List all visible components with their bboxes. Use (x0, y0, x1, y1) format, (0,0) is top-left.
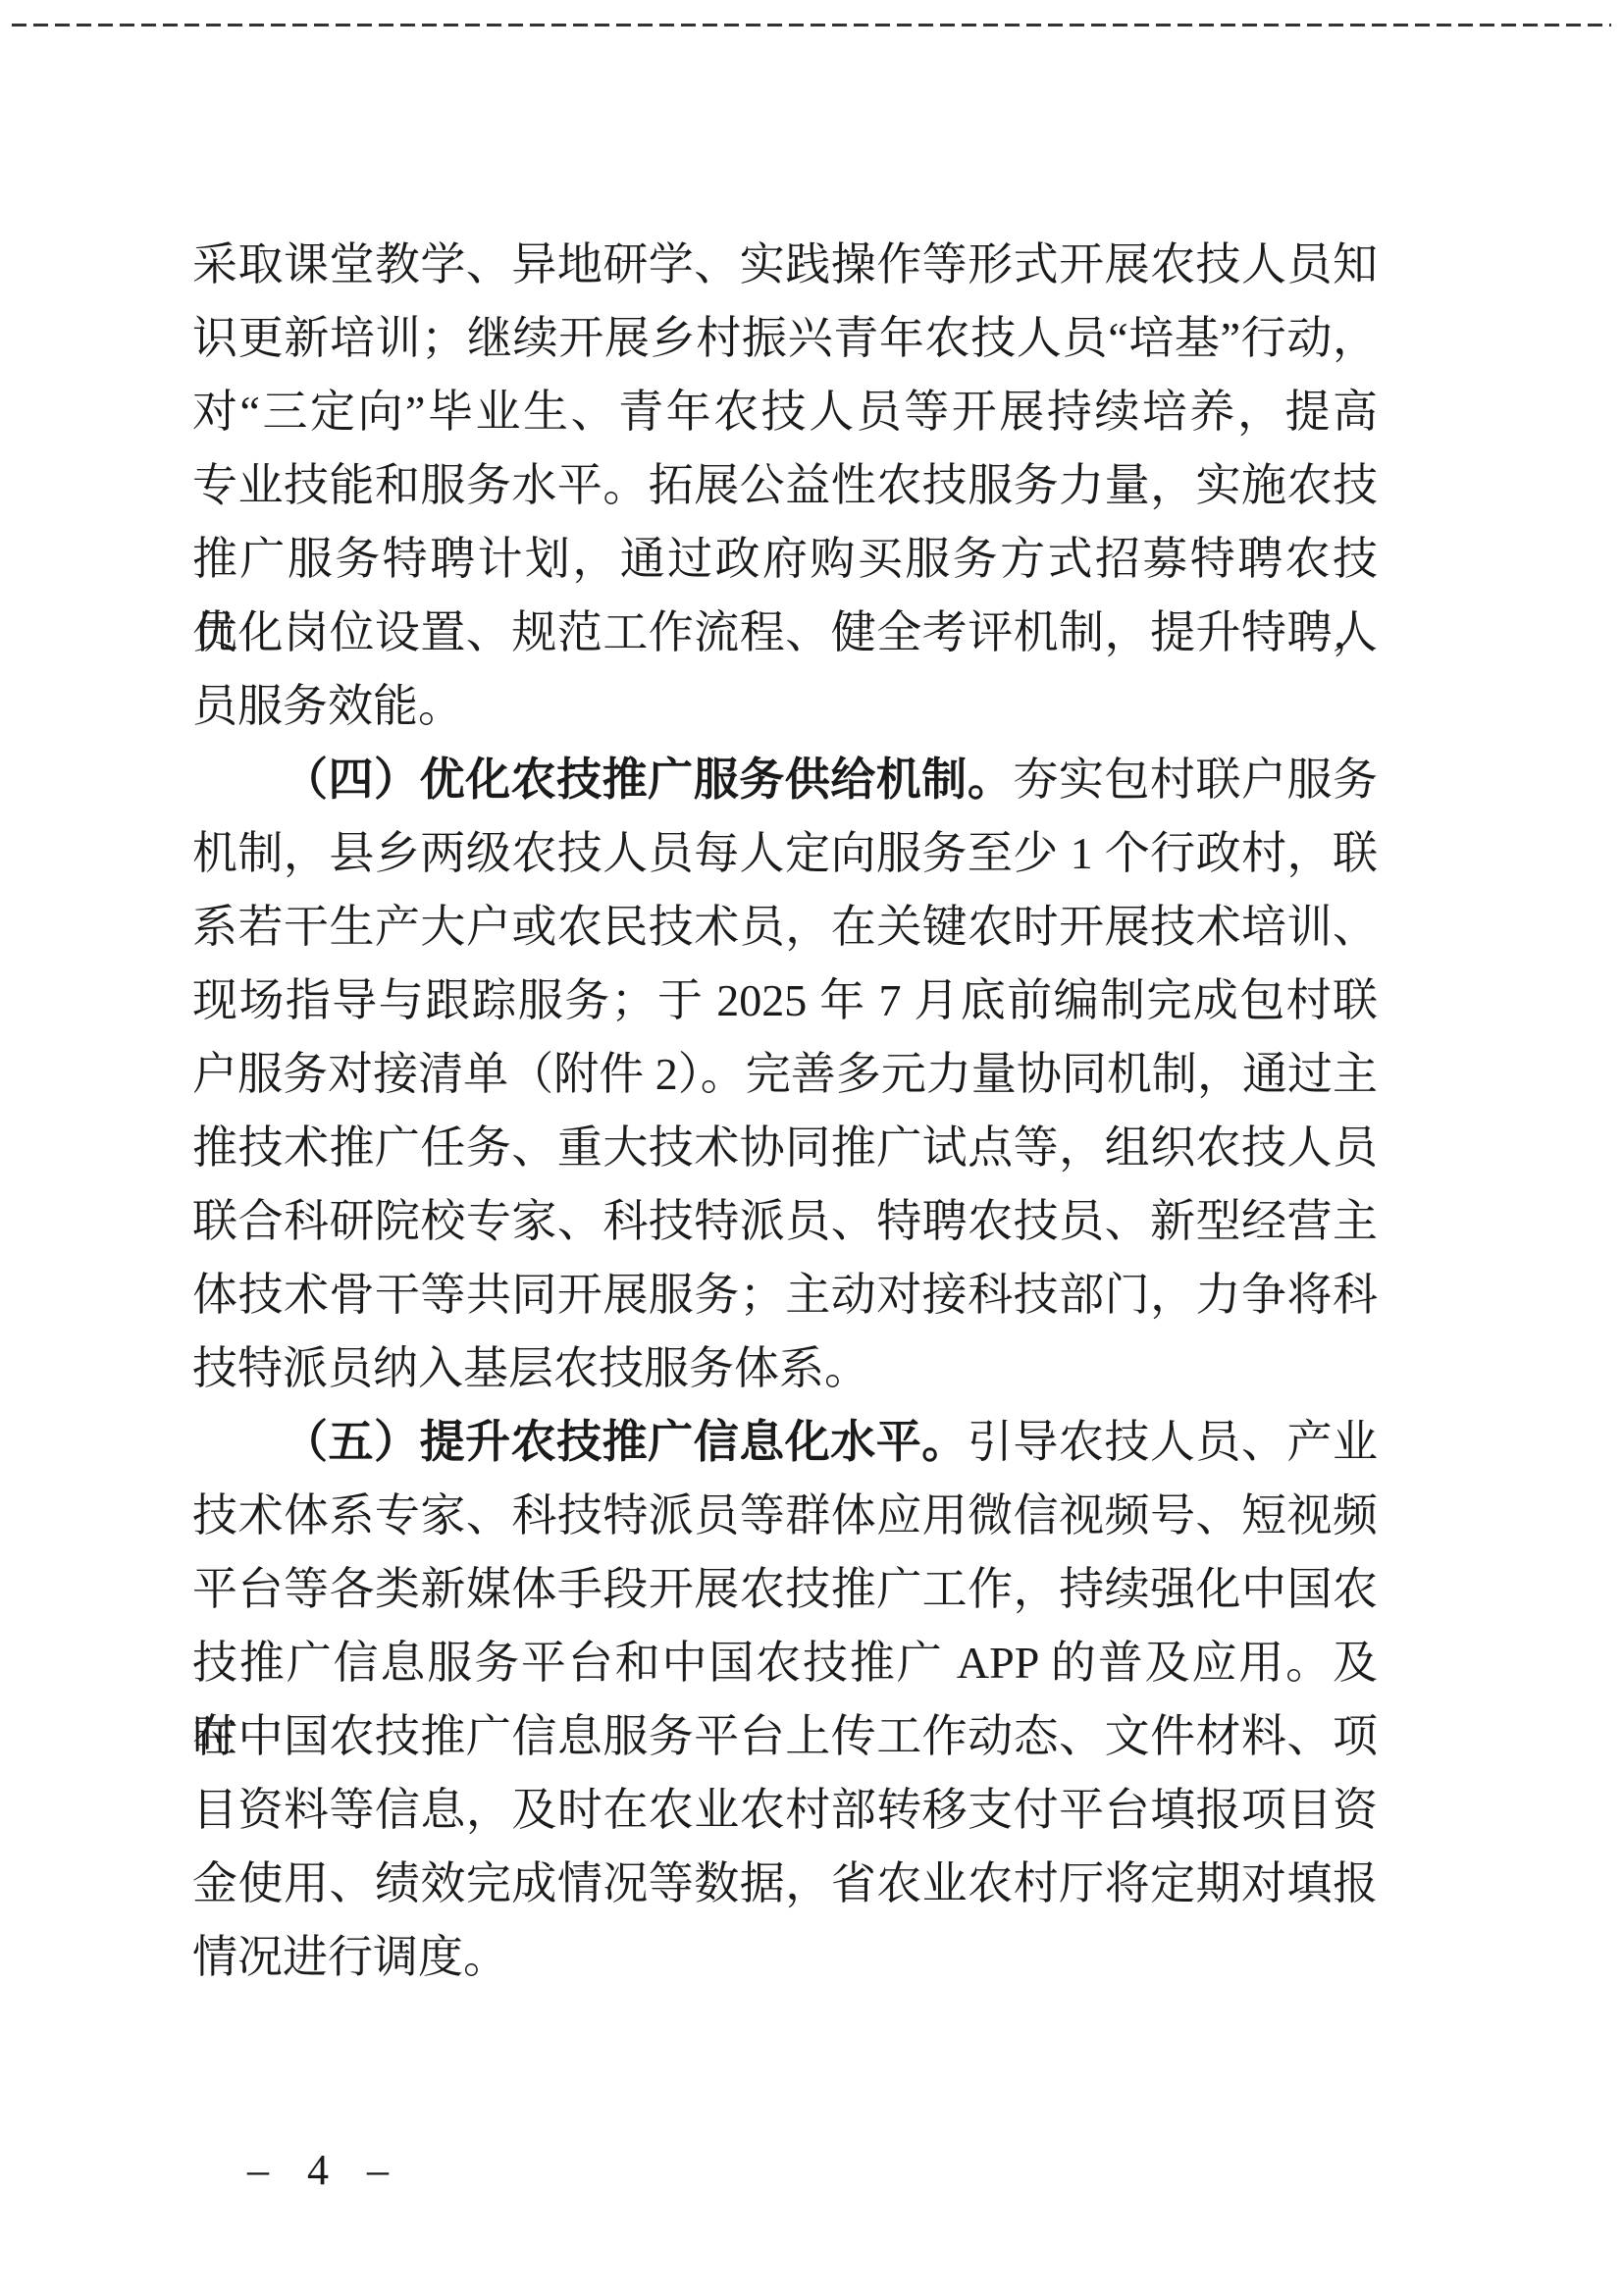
text-line: （五）提升农技推广信息化水平。引导农技人员、产业 (192, 1405, 1378, 1479)
text-line: 现场指导与跟踪服务；于 2025 年 7 月底前编制完成包村联 (192, 964, 1378, 1037)
text-line: 推广服务特聘计划，通过政府购买服务方式招募特聘农技员， (192, 522, 1378, 596)
line-text: 夯实包村联户服务 (1013, 755, 1378, 805)
line-text: 技特派员纳入基层农技服务体系。 (192, 1343, 869, 1393)
page-number: – 4 – (247, 2145, 402, 2196)
text-line: 对“三定向”毕业生、青年农技人员等开展持续培养，提高 (192, 375, 1378, 448)
line-text: 平台等各类新媒体手段开展农技推广工作，持续强化中国农 (192, 1564, 1378, 1614)
text-line: 员服务效能。 (192, 669, 1378, 743)
text-line: 体技术骨干等共同开展服务；主动对接科技部门，力争将科 (192, 1258, 1378, 1331)
text-line: 优化岗位设置、规范工作流程、健全考评机制，提升特聘人 (192, 596, 1378, 669)
text-line: 平台等各类新媒体手段开展农技推广工作，持续强化中国农 (192, 1552, 1378, 1626)
line-text: 推技术推广任务、重大技术协同推广试点等，组织农技人员 (192, 1122, 1378, 1173)
scanned-document-page: 采取课堂教学、异地研学、实践操作等形式开展农技人员知识更新培训；继续开展乡村振兴… (0, 0, 1623, 2296)
line-text: 技术体系专家、科技特派员等群体应用微信视频号、短视频 (192, 1490, 1378, 1540)
text-line: 技特派员纳入基层农技服务体系。 (192, 1331, 1378, 1405)
line-text: 优化岗位设置、规范工作流程、健全考评机制，提升特聘人 (192, 607, 1378, 657)
section-heading: （五）提升农技推广信息化水平。 (283, 1417, 968, 1467)
text-line: 目资料等信息，及时在农业农村部转移支付平台填报项目资 (192, 1773, 1378, 1847)
line-text: 引导农技人员、产业 (968, 1417, 1378, 1467)
line-text: 金使用、绩效完成情况等数据，省农业农村厅将定期对填报 (192, 1858, 1378, 1908)
text-line: 识更新培训；继续开展乡村振兴青年农技人员“培基”行动， (192, 301, 1378, 375)
text-line: 在中国农技推广信息服务平台上传工作动态、文件材料、项 (192, 1699, 1378, 1773)
line-text: 机制，县乡两级农技人员每人定向服务至少 1 个行政村，联 (192, 828, 1378, 878)
text-line: 系若干生产大户或农民技术员，在关键农时开展技术培训、 (192, 890, 1378, 964)
text-line: （四）优化农技推广服务供给机制。夯实包村联户服务 (192, 743, 1378, 816)
line-text: 对“三定向”毕业生、青年农技人员等开展持续培养，提高 (192, 387, 1378, 437)
text-line: 专业技能和服务水平。拓展公益性农技服务力量，实施农技 (192, 448, 1378, 522)
text-line: 技推广信息服务平台和中国农技推广 APP 的普及应用。及时 (192, 1626, 1378, 1699)
line-text: 目资料等信息，及时在农业农村部转移支付平台填报项目资 (192, 1785, 1378, 1835)
text-line: 采取课堂教学、异地研学、实践操作等形式开展农技人员知 (192, 228, 1378, 301)
line-text: 采取课堂教学、异地研学、实践操作等形式开展农技人员知 (192, 239, 1378, 289)
text-line: 推技术推广任务、重大技术协同推广试点等，组织农技人员 (192, 1111, 1378, 1184)
text-line: 金使用、绩效完成情况等数据，省农业农村厅将定期对填报 (192, 1847, 1378, 1920)
text-line: 户服务对接清单（附件 2）。完善多元力量协同机制，通过主 (192, 1037, 1378, 1111)
line-text: 情况进行调度。 (192, 1932, 508, 1982)
line-text: 识更新培训；继续开展乡村振兴青年农技人员“培基”行动， (192, 313, 1378, 363)
text-line: 机制，县乡两级农技人员每人定向服务至少 1 个行政村，联 (192, 816, 1378, 890)
line-text: 现场指导与跟踪服务；于 2025 年 7 月底前编制完成包村联 (192, 975, 1378, 1025)
line-text: 员服务效能。 (192, 681, 463, 731)
body-text-block: 采取课堂教学、异地研学、实践操作等形式开展农技人员知识更新培训；继续开展乡村振兴… (192, 228, 1378, 1994)
text-line: 技术体系专家、科技特派员等群体应用微信视频号、短视频 (192, 1479, 1378, 1552)
line-text: 专业技能和服务水平。拓展公益性农技服务力量，实施农技 (192, 460, 1378, 510)
line-text: 系若干生产大户或农民技术员，在关键农时开展技术培训、 (192, 902, 1378, 952)
text-line: 情况进行调度。 (192, 1920, 1378, 1994)
line-text: 联合科研院校专家、科技特派员、特聘农技员、新型经营主 (192, 1196, 1378, 1246)
line-text: 在中国农技推广信息服务平台上传工作动态、文件材料、项 (192, 1711, 1378, 1761)
text-line: 联合科研院校专家、科技特派员、特聘农技员、新型经营主 (192, 1184, 1378, 1258)
line-text: 体技术骨干等共同开展服务；主动对接科技部门，力争将科 (192, 1270, 1378, 1320)
top-dashed-rule (12, 24, 1611, 26)
line-text: 户服务对接清单（附件 2）。完善多元力量协同机制，通过主 (192, 1049, 1378, 1099)
section-heading: （四）优化农技推广服务供给机制。 (283, 755, 1013, 805)
